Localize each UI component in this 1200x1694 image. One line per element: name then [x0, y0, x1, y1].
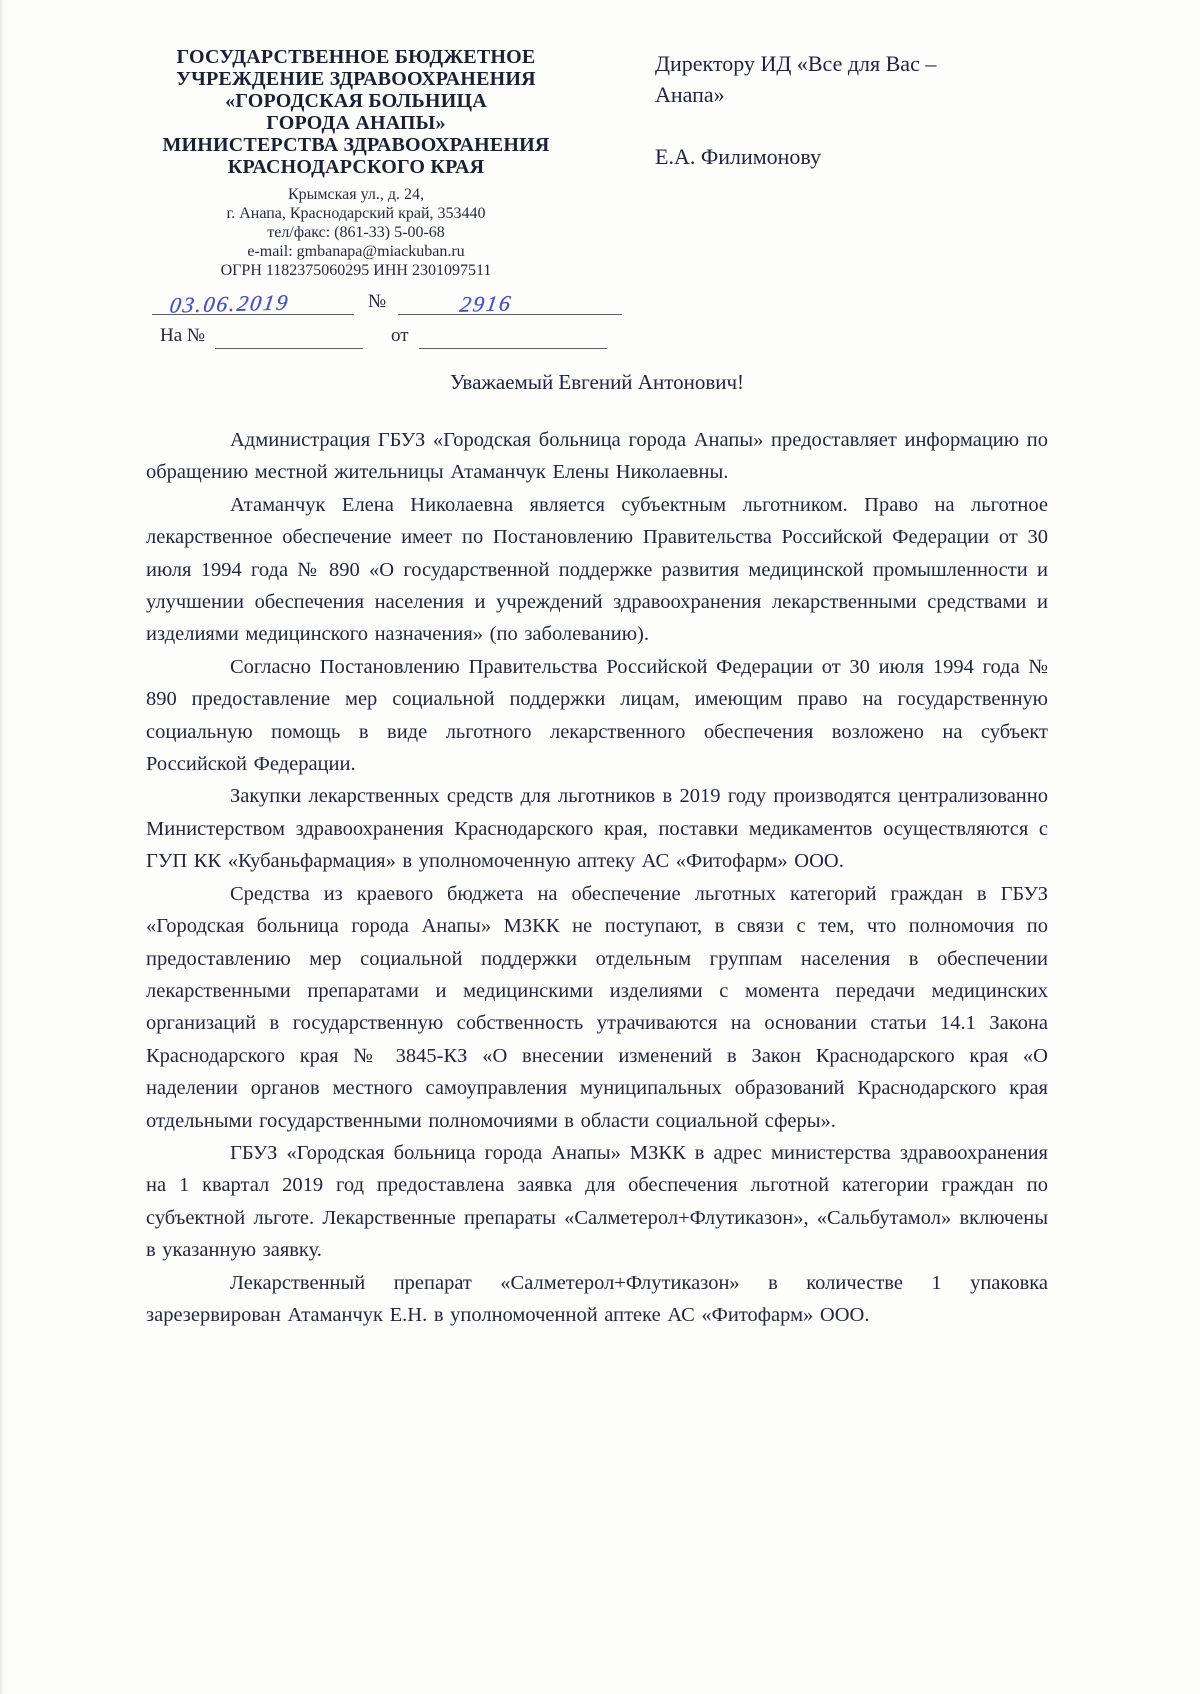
organization-name-line: «ГОРОДСКАЯ БОЛЬНИЦА	[146, 90, 566, 112]
recipient-title-line: Анапа»	[655, 79, 1105, 110]
body-paragraph: Лекарственный препарат «Салметерол+Флути…	[146, 1267, 1048, 1332]
email-line: e-mail: gmbanapa@miackuban.ru	[146, 242, 566, 261]
body-paragraph: Администрация ГБУЗ «Городская больница г…	[146, 424, 1048, 489]
reply-reference-row: На № от	[160, 322, 680, 349]
organization-name: ГОСУДАРСТВЕННОЕ БЮДЖЕТНОЕ УЧРЕЖДЕНИЕ ЗДР…	[146, 46, 566, 178]
organization-name-line: ГОСУДАРСТВЕННОЕ БЮДЖЕТНОЕ	[146, 46, 566, 68]
reply-date-blank-line	[419, 322, 607, 349]
recipient-title-line: Директору ИД «Все для Вас –	[655, 48, 1105, 79]
salutation: Уважаемый Евгений Антонович!	[146, 370, 1048, 395]
reply-number-blank-line	[215, 322, 363, 349]
number-blank-line: 2916	[398, 284, 622, 315]
scanned-letter-page: ГОСУДАРСТВЕННОЕ БЮДЖЕТНОЕ УЧРЕЖДЕНИЕ ЗДР…	[0, 0, 1200, 1694]
organization-name-line: КРАСНОДАРСКОГО КРАЯ	[146, 156, 566, 178]
recipient-block: Директору ИД «Все для Вас – Анапа» Е.А. …	[655, 48, 1105, 172]
body-paragraph: Атаманчук Елена Николаевна является субъ…	[146, 489, 1048, 651]
number-sign-label: №	[354, 291, 398, 315]
registration-numbers-line: ОГРН 1182375060295 ИНН 2301097511	[146, 261, 566, 280]
reply-number-label: На №	[160, 325, 205, 349]
recipient-name: Е.А. Филимонову	[655, 141, 1105, 172]
body-paragraph: Средства из краевого бюджета на обеспече…	[146, 878, 1048, 1137]
recipient-title: Директору ИД «Все для Вас – Анапа»	[655, 48, 1105, 110]
organization-contacts: Крымская ул., д. 24, г. Анапа, Краснодар…	[146, 185, 566, 280]
handwritten-outgoing-number: 2916	[458, 290, 514, 317]
body-paragraph: Согласно Постановлению Правительства Рос…	[146, 651, 1048, 781]
phone-line: тел/факс: (861-33) 5-00-68	[146, 223, 566, 242]
body-paragraph: Закупки лекарственных средств для льготн…	[146, 780, 1048, 877]
letterhead-organization: ГОСУДАРСТВЕННОЕ БЮДЖЕТНОЕ УЧРЕЖДЕНИЕ ЗДР…	[146, 46, 566, 280]
organization-name-line: МИНИСТЕРСТВА ЗДРАВООХРАНЕНИЯ	[146, 134, 566, 156]
body-paragraph: ГБУЗ «Городская больница города Анапы» М…	[146, 1137, 1048, 1267]
organization-name-line: УЧРЕЖДЕНИЕ ЗДРАВООХРАНЕНИЯ	[146, 68, 566, 90]
reply-date-label: от	[391, 325, 409, 349]
address-line: Крымская ул., д. 24,	[146, 185, 566, 204]
address-line: г. Анапа, Краснодарский край, 353440	[146, 204, 566, 223]
page-edge-shadow	[0, 0, 4, 1694]
letter-body: Администрация ГБУЗ «Городская больница г…	[146, 424, 1048, 1331]
organization-name-line: ГОРОДА АНАПЫ»	[146, 112, 566, 134]
outgoing-reference-row: 03.06.2019 № 2916	[152, 284, 672, 315]
handwritten-date: 03.06.2019	[168, 289, 291, 318]
date-blank-line: 03.06.2019	[152, 284, 354, 315]
